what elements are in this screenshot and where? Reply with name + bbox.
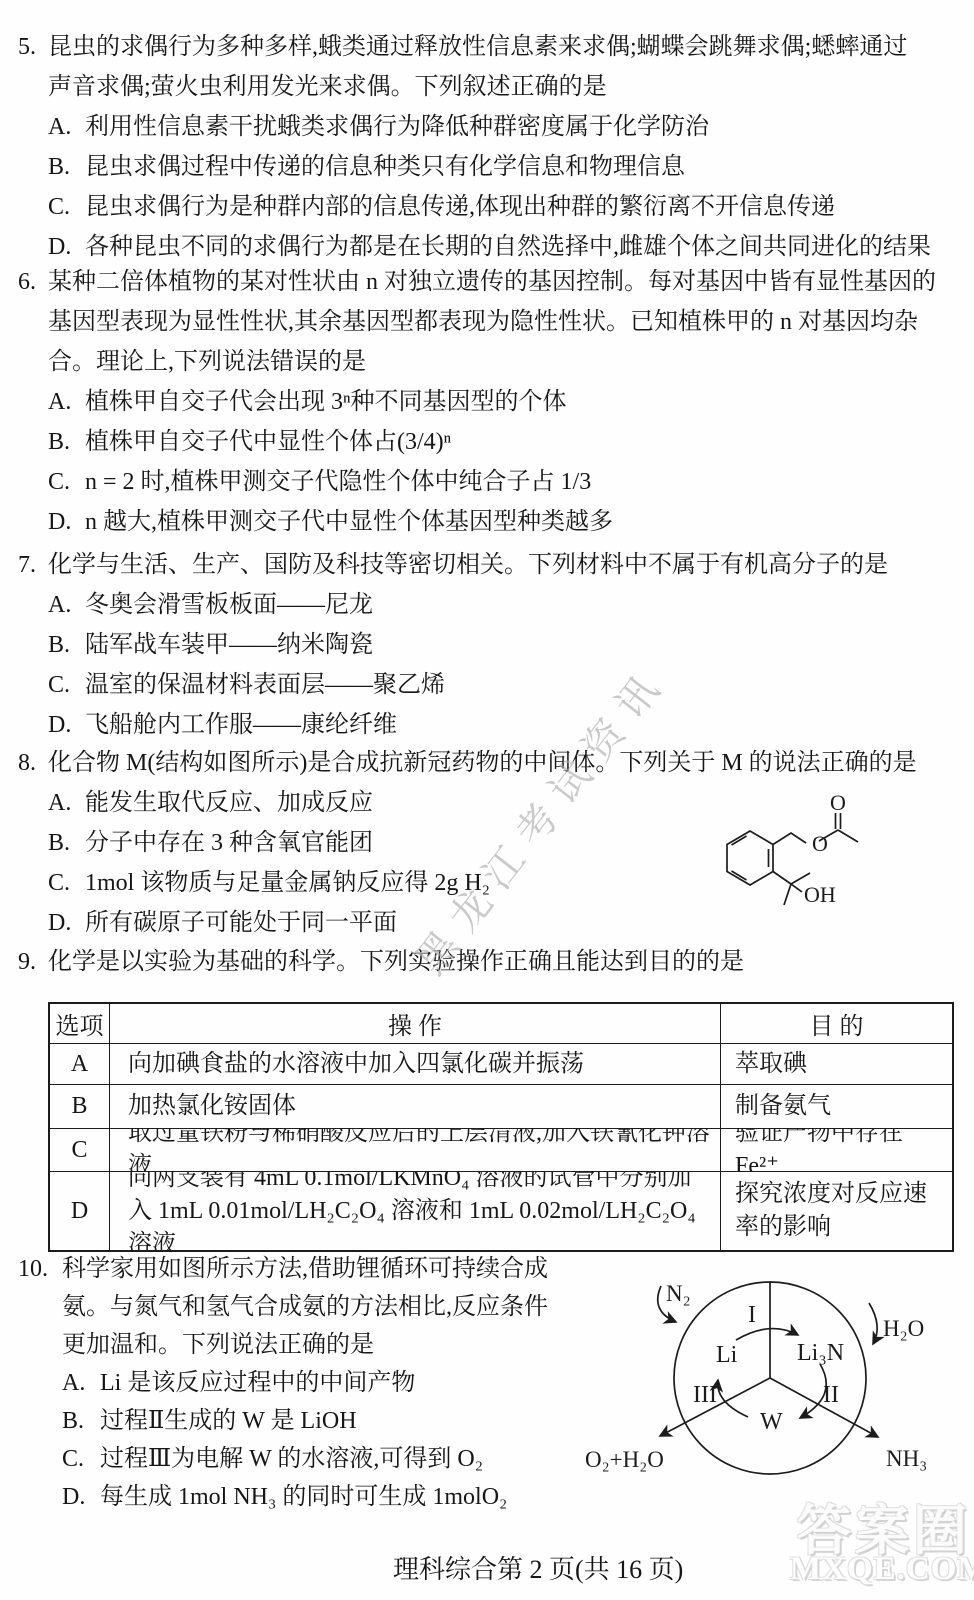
table-row-b-purpose: 制备氨气 (721, 1085, 952, 1129)
exam-page: 5.昆虫的求偶行为多种多样,蛾类通过释放性信息素来求偶;蝴蝶会跳舞求偶;蟋蟀通过… (0, 0, 974, 1600)
benzene-ring (727, 831, 773, 885)
option-b: B.植株甲自交子代中显性个体占(3/4)ⁿ (18, 422, 963, 462)
question-line: 合。理论上,下列说法错误的是 (18, 342, 963, 382)
question-number: 10. (18, 1250, 62, 1288)
arrow-li-to-li3n (736, 1329, 798, 1340)
table-header-purpose: 目 的 (721, 1004, 952, 1044)
question-line: 5.昆虫的求偶行为多种多样,蛾类通过释放性信息素来求偶;蝴蝶会跳舞求偶;蟋蟀通过 (18, 27, 963, 67)
ester-oxygen-label: O (812, 831, 828, 856)
q9-experiment-table: 选项 操 作 目 的 A 向加碘食盐的水溶液中加入四氯化碳并振荡 萃取碘 B 加… (48, 1002, 954, 1252)
question-line: 8.化合物 M(结构如图所示)是合成抗新冠药物的中间体。下列关于 M 的说法正确… (18, 743, 963, 783)
option-c: C.温室的保温材料表面层——聚乙烯 (18, 665, 963, 705)
label-n2: N₂ (666, 1281, 691, 1306)
label-h2o: H₂O (883, 1316, 924, 1341)
table-header-operation: 操 作 (110, 1004, 721, 1044)
table-row-a-purpose: 萃取碘 (721, 1044, 952, 1085)
table-row-b-operation: 加热氯化铵固体 (110, 1085, 721, 1129)
question-text: 昆虫的求偶行为多种多样,蛾类通过释放性信息素来求偶;蝴蝶会跳舞求偶;蟋蟀通过 (48, 34, 907, 60)
label-w: W (760, 1409, 783, 1435)
question-line: 声音求偶;萤火虫利用发光来求偶。下列叙述正确的是 (18, 67, 963, 107)
table-row-a-operation: 向加碘食盐的水溶液中加入四氯化碳并振荡 (110, 1044, 721, 1085)
question-text: 科学家用如图所示方法,借助锂循环可持续合成 (62, 1256, 548, 1282)
question-line: 6.某种二倍体植物的某对性状由 n 对独立遗传的基因控制。每对基因中皆有显性基因… (18, 262, 963, 302)
lithium-cycle-diagram: N₂ I H₂O Li Li₃N III II W O₂+H₂O NH₃ (575, 1238, 965, 1493)
option-a: A.利用性信息素干扰蛾类求偶行为降低种群密度属于化学防治 (18, 107, 963, 147)
table-row-d-option: D (50, 1172, 110, 1250)
carbonyl-oxygen-label: O (830, 793, 846, 815)
option-b: B.过程Ⅱ生成的 W 是 LiOH (18, 1402, 618, 1440)
option-d: D.n 越大,植株甲测交子代中显性个体基因型种类越多 (18, 502, 963, 542)
table-row-c-purpose: 验证产物中存在 Fe²⁺ (721, 1129, 952, 1172)
question-number: 8. (18, 743, 48, 783)
hydroxyl-label: OH (804, 882, 836, 907)
table-row-a-option: A (50, 1044, 110, 1085)
question-text: 化学与生活、生产、国防及科技等密切相关。下列材料中不属于有机高分子的是 (48, 552, 888, 578)
option-a: A.植株甲自交子代会出现 3ⁿ种不同基因型的个体 (18, 382, 963, 422)
label-li: Li (716, 1342, 738, 1368)
option-c: C.n = 2 时,植株甲测交子代隐性个体中纯合子占 1/3 (18, 462, 963, 502)
option-a: A.冬奥会滑雪板板面——尼龙 (18, 585, 963, 625)
question-6: 6.某种二倍体植物的某对性状由 n 对独立遗传的基因控制。每对基因中皆有显性基因… (18, 262, 963, 542)
question-9: 9.化学是以实验为基础的科学。下列实验操作正确且能达到目的的是 (18, 942, 963, 982)
table-header-option: 选项 (50, 1004, 110, 1044)
question-number: 5. (18, 27, 48, 67)
question-text: 化学是以实验为基础的科学。下列实验操作正确且能达到目的的是 (48, 949, 744, 975)
table-row-c-operation: 取过量铁粉与稀硝酸反应后的上层清液,加入铁氰化钾溶液 (110, 1129, 721, 1172)
question-line: 基因型表现为显性性状,其余基因型都表现为隐性性状。已知植株甲的 n 对基因均杂 (18, 302, 963, 342)
label-step-3: III (693, 1382, 717, 1408)
arrow-h2o-in (869, 1303, 877, 1344)
question-number: 7. (18, 545, 48, 585)
label-step-1: I (748, 1302, 756, 1328)
question-line: 氨。与氮气和氢气合成氨的方法相比,反应条件 (18, 1288, 618, 1326)
label-li3n: Li₃N (797, 1340, 844, 1366)
label-nh3: NH₃ (886, 1446, 927, 1471)
option-b: B.昆虫求偶过程中传递的信息种类只有化学信息和物理信息 (18, 147, 963, 187)
label-o2-h2o: O₂+H₂O (585, 1447, 664, 1472)
question-5: 5.昆虫的求偶行为多种多样,蛾类通过释放性信息素来求偶;蝴蝶会跳舞求偶;蟋蟀通过… (18, 27, 963, 267)
page-footer: 理科综合第 2 页(共 16 页) (393, 1550, 683, 1590)
table-row-b-option: B (50, 1085, 110, 1129)
question-7: 7.化学与生活、生产、国防及科技等密切相关。下列材料中不属于有机高分子的是 A.… (18, 545, 963, 745)
option-b: B.陆军战车装甲——纳米陶瓷 (18, 625, 963, 665)
compound-m-structure: O O OH (712, 793, 892, 915)
option-d: D.各种昆虫不同的求偶行为都是在长期的自然选择中,雌雄个体之间共同进化的结果 (18, 227, 963, 267)
question-10: 10.科学家用如图所示方法,借助锂循环可持续合成 氨。与氮气和氢气合成氨的方法相… (18, 1250, 618, 1516)
question-text: 化合物 M(结构如图所示)是合成抗新冠药物的中间体。下列关于 M 的说法正确的是 (48, 750, 917, 776)
question-line: 7.化学与生活、生产、国防及科技等密切相关。下列材料中不属于有机高分子的是 (18, 545, 963, 585)
table-row-c-option: C (50, 1129, 110, 1172)
option-d: D.每生成 1mol NH₃ 的同时可生成 1molO₂ (18, 1478, 618, 1516)
question-number: 9. (18, 942, 48, 982)
label-step-2: II (823, 1382, 839, 1408)
question-line: 9.化学是以实验为基础的科学。下列实验操作正确且能达到目的的是 (18, 942, 963, 982)
question-line: 更加温和。下列说法正确的是 (18, 1326, 618, 1364)
option-c: C.昆虫求偶行为是种群内部的信息传递,体现出种群的繁衍离不开信息传递 (18, 187, 963, 227)
question-line: 10.科学家用如图所示方法,借助锂循环可持续合成 (18, 1250, 618, 1288)
option-c: C.过程Ⅲ为电解 W 的水溶液,可得到 O₂ (18, 1440, 618, 1478)
question-text: 某种二倍体植物的某对性状由 n 对独立遗传的基因控制。每对基因中皆有显性基因的 (48, 269, 936, 295)
question-number: 6. (18, 262, 48, 302)
answer-site-url: MXQE.COM (790, 1551, 974, 1588)
option-d: D.飞船舱内工作服——康纶纤维 (18, 705, 963, 745)
option-a: A.Li 是该反应过程中的中间产物 (18, 1364, 618, 1402)
